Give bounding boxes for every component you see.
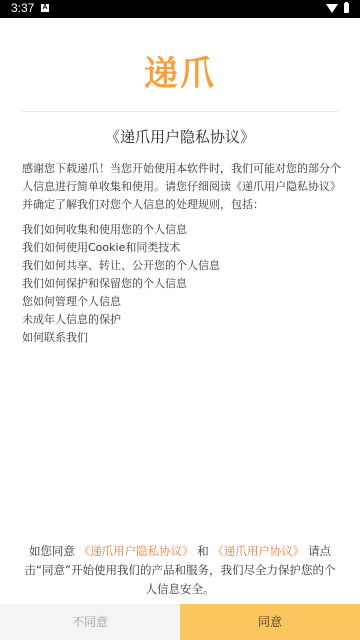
list-item: 我们如何共享、转让、公开您的个人信息: [22, 257, 342, 275]
app-logo: 递爪: [130, 54, 230, 94]
consent-prefix: 如您同意: [29, 544, 75, 558]
wifi-icon: [326, 4, 338, 13]
status-bar: 3:37 A: [0, 0, 360, 18]
disagree-button[interactable]: 不同意: [0, 604, 180, 640]
user-agreement-link[interactable]: 《递爪用户协议》: [212, 544, 304, 558]
list-item: 如何联系我们: [22, 329, 342, 347]
list-item: 我们如何保护和保留您的个人信息: [22, 275, 342, 293]
list-item: 我们如何收集和使用您的个人信息: [22, 221, 342, 239]
privacy-policy-link[interactable]: 《递爪用户隐私协议》: [79, 544, 194, 558]
list-item: 您如何管理个人信息: [22, 293, 342, 311]
list-item: 我们如何使用Cookie和同类技术: [22, 239, 342, 257]
notification-icon: A: [41, 4, 49, 12]
list-item: 未成年人信息的保护: [22, 311, 342, 329]
battery-icon: [344, 3, 349, 13]
agree-button[interactable]: 同意: [180, 604, 360, 640]
divider: [22, 111, 338, 112]
status-time: 3:37: [11, 1, 34, 15]
sections-list: 我们如何收集和使用您的个人信息 我们如何使用Cookie和同类技术 我们如何共享…: [22, 221, 342, 347]
page-title: 《递爪用户隐私协议》: [0, 126, 360, 147]
consent-text: 如您同意 《递爪用户隐私协议》 和 《递爪用户协议》 请点击“同意”开始使用我们…: [20, 542, 340, 599]
consent-and: 和: [197, 544, 209, 558]
intro-text: 感谢您下载递爪！当您开始使用本软件时，我们可能对您的部分个人信息进行简单收集和使…: [22, 160, 342, 214]
